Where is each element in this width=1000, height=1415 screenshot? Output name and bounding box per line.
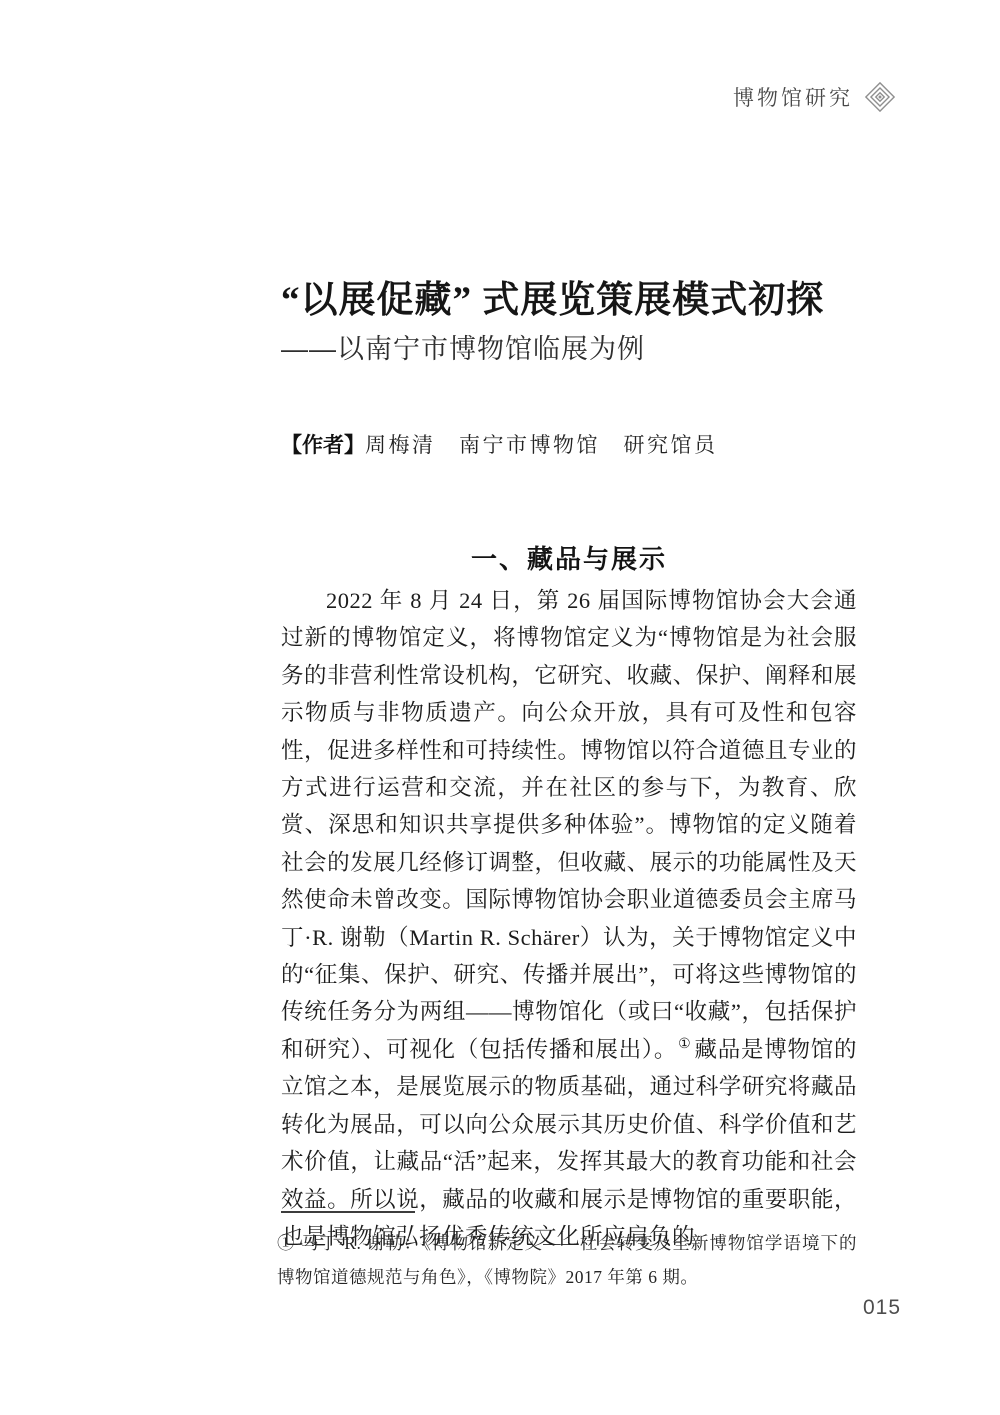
body-paragraph: 2022 年 8 月 24 日，第 26 届国际博物馆协会大会通过新的博物馆定义… (281, 582, 857, 1255)
article-title: “以展促藏” 式展览策展模式初探 (281, 269, 881, 323)
section-heading: 一、藏品与展示 (281, 539, 857, 576)
footnote-marker: ① (678, 1037, 691, 1052)
nested-diamond-icon (865, 82, 895, 112)
author-info: 周梅清 南宁市博物馆 研究馆员 (365, 433, 718, 457)
footnote-text: ① 马丁·R. 谢勒：《博物馆新定义——社会转变及全新博物馆学语境下的博物馆道德… (277, 1226, 857, 1294)
paragraph-text-part1: 2022 年 8 月 24 日，第 26 届国际博物馆协会大会通过新的博物馆定义… (281, 588, 857, 1062)
page-number: 015 (863, 1296, 901, 1320)
journal-page: 博物馆研究 “以展促藏” 式展览策展模式初探 ——以南宁市博物馆临展为例 【作者… (0, 0, 1000, 1415)
journal-title: 博物馆研究 (733, 82, 853, 112)
author-label: 【作者】 (281, 434, 365, 457)
author-line: 【作者】周梅清 南宁市博物馆 研究馆员 (281, 429, 718, 459)
footnote-separator (281, 1211, 415, 1213)
paragraph-text-part2: 藏品是博物馆的立馆之本，是展览展示的物质基础，通过科学研究将藏品转化为展品，可以… (281, 1037, 857, 1249)
running-head: 博物馆研究 (733, 82, 895, 112)
article-subtitle: ——以南宁市博物馆临展为例 (281, 327, 645, 366)
